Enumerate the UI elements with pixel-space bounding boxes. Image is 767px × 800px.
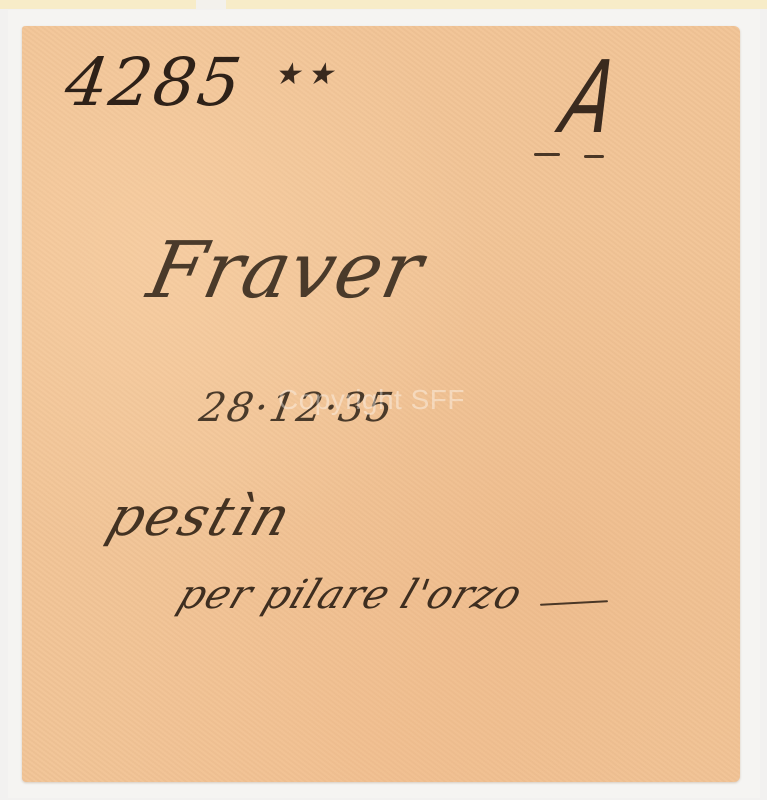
- catalog-number: 4285: [61, 50, 246, 116]
- underline-stroke-left: [534, 153, 560, 156]
- series-letter-underline: [534, 153, 614, 156]
- top-edge-strip: [0, 0, 767, 9]
- object-description: per pilare l'orzo: [173, 575, 528, 615]
- copyright-watermark: Copyright SFF: [278, 384, 465, 416]
- object-name: pestìn: [101, 490, 299, 544]
- star-marks-icon: ★★: [274, 60, 340, 90]
- underline-stroke-right: [584, 155, 604, 158]
- top-edge-gap: [196, 0, 226, 9]
- handwritten-name: Fraver: [142, 232, 430, 310]
